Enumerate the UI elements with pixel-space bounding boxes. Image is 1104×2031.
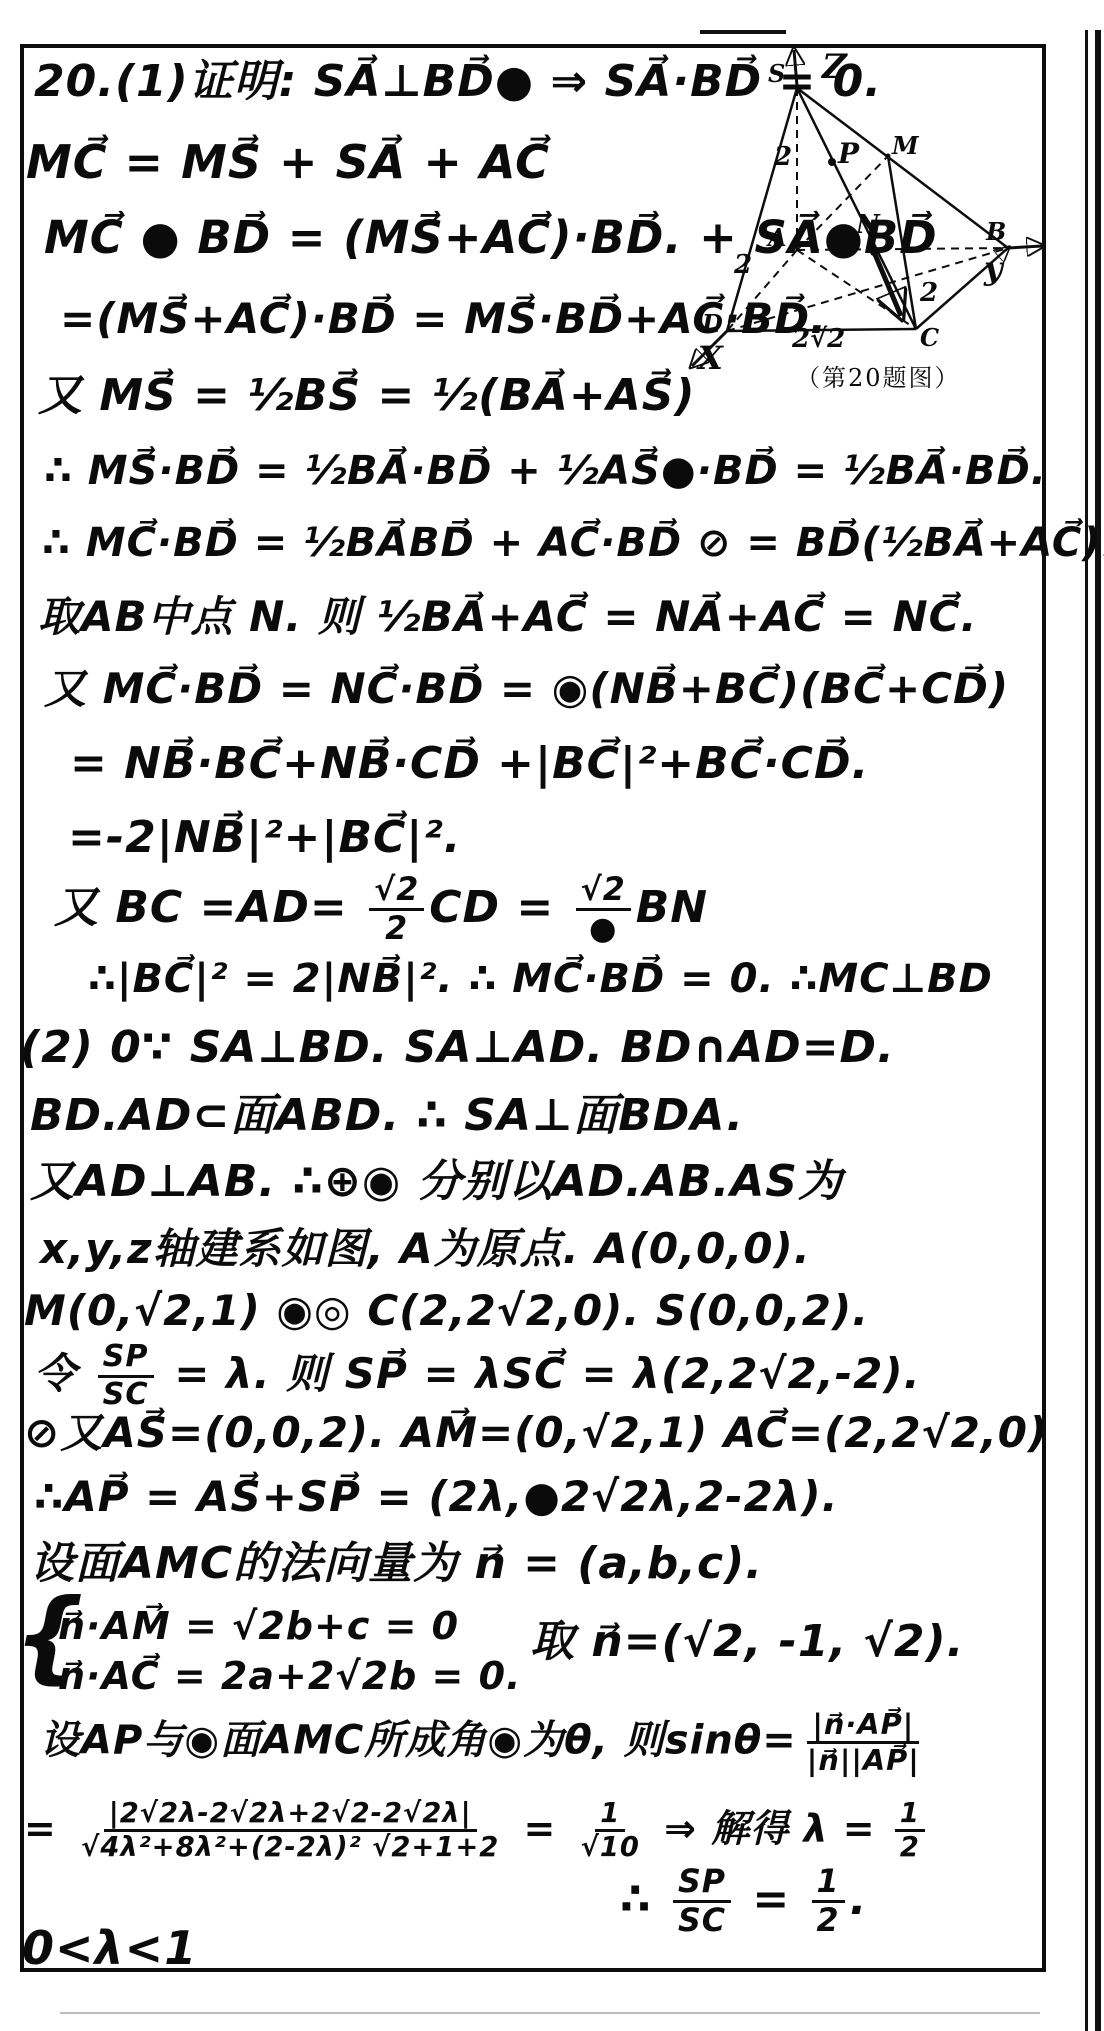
fraction: √2● bbox=[576, 872, 631, 948]
line-22: 设面AMC的法向量为 n⃗ = (a,b,c). bbox=[30, 1540, 763, 1588]
line-26: 设AP与◉面AMC所成角◉为θ, 则sinθ=|n⃗·AP⃗||n⃗||AP⃗| bbox=[40, 1708, 930, 1777]
math-text: n⃗·AM⃗ = √2b+c = 0 bbox=[58, 1604, 459, 1648]
line-21: ∴AP⃗ = AS⃗+SP⃗ = (2λ,●2√2λ,2-2λ). bbox=[34, 1474, 839, 1519]
line-23: n⃗·AM⃗ = √2b+c = 0 bbox=[58, 1606, 459, 1647]
fraction-numerator: 1 bbox=[595, 1798, 625, 1832]
line-14: (2) 0∵ SA⊥BD. SA⊥AD. BD∩AD=D. bbox=[20, 1024, 895, 1072]
math-text: ∴|BC⃗|² = 2|NB⃗|². ∴ MC⃗·BD⃗ = 0. ∴MC⊥BD bbox=[88, 956, 993, 1002]
math-text: = bbox=[24, 1806, 71, 1850]
line-8: 取AB中点 N. 则 ½BA⃗+AC⃗ = NA⃗+AC⃗ = NC⃗. bbox=[38, 594, 977, 639]
math-text: =-2|NB⃗|²+|BC⃗|². bbox=[68, 812, 461, 863]
fraction: SPSC bbox=[98, 1340, 154, 1413]
fraction-numerator: √2 bbox=[369, 872, 424, 911]
line-27: = |2√2λ-2√2λ+2√2-2√2λ|√4λ²+8λ²+(2-2λ)² √… bbox=[24, 1798, 930, 1864]
math-text: 又 MS⃗ = ½BS⃗ = ½(BA⃗+AS⃗) bbox=[38, 370, 696, 421]
line-4: =(MS⃗+AC⃗)·BD⃗ = MS⃗·BD⃗+AC⃗·BD⃗. bbox=[60, 296, 827, 341]
math-text: ∴AP⃗ = AS⃗+SP⃗ = (2λ,●2√2λ,2-2λ). bbox=[34, 1472, 839, 1521]
line-5: 又 MS⃗ = ½BS⃗ = ½(BA⃗+AS⃗) bbox=[38, 372, 696, 420]
math-text: 又 MC⃗·BD⃗ = NC⃗·BD⃗ = ◉(NB⃗+BC⃗)(BC⃗+CD⃗… bbox=[44, 664, 1009, 713]
fraction: |n⃗·AP⃗||n⃗||AP⃗| bbox=[802, 1708, 925, 1777]
math-text: 又AD⊥AB. ∴⊕◉ 分别以AD.AB.AS为 bbox=[30, 1156, 843, 1207]
math-text: = NB⃗·BC⃗+NB⃗·CD⃗ +|BC⃗|²+BC⃗·CD⃗. bbox=[70, 738, 869, 789]
fraction: 12 bbox=[895, 1798, 925, 1864]
math-text: . bbox=[850, 1874, 868, 1925]
math-text: = bbox=[509, 1806, 570, 1850]
line-13: ∴|BC⃗|² = 2|NB⃗|². ∴ MC⃗·BD⃗ = 0. ∴MC⊥BD bbox=[88, 958, 993, 1001]
line-25: 取 n⃗=(√2, -1, √2). bbox=[530, 1618, 964, 1666]
fraction-denominator: 2 bbox=[895, 1832, 925, 1863]
scanned-answer-page: SZ2PMNABy22DXC2√2 （第20题图） 20.(1)证明: SA⃗⊥… bbox=[0, 0, 1104, 2031]
math-text: 0<λ<1 bbox=[22, 1921, 197, 1975]
line-16: 又AD⊥AB. ∴⊕◉ 分别以AD.AB.AS为 bbox=[30, 1158, 843, 1206]
fraction-numerator: |n⃗·AP⃗| bbox=[807, 1708, 919, 1744]
math-text: =(MS⃗+AC⃗)·BD⃗ = MS⃗·BD⃗+AC⃗·BD⃗. bbox=[60, 294, 827, 343]
math-text: ∴ MC⃗·BD⃗ = ½BA⃗BD⃗ + AC⃗·BD⃗ ⊘ = BD⃗(½B… bbox=[42, 520, 1104, 566]
fraction-denominator: √10 bbox=[576, 1832, 645, 1863]
math-text: (2) 0∵ SA⊥BD. SA⊥AD. BD∩AD=D. bbox=[20, 1022, 895, 1073]
fraction: |2√2λ-2√2λ+2√2-2√2λ|√4λ²+8λ²+(2-2λ)² √2+… bbox=[76, 1798, 504, 1864]
math-text: x,y,z轴建系如图, A为原点. A(0,0,0). bbox=[40, 1224, 811, 1273]
line-11: =-2|NB⃗|²+|BC⃗|². bbox=[68, 814, 461, 862]
math-text: BD.AD⊂面ABD. ∴ SA⊥面BDA. bbox=[30, 1090, 744, 1141]
math-text: 令 bbox=[34, 1349, 93, 1398]
math-text: 又 BC =AD= bbox=[54, 882, 364, 933]
line-10: = NB⃗·BC⃗+NB⃗·CD⃗ +|BC⃗|²+BC⃗·CD⃗. bbox=[70, 740, 869, 788]
fraction-numerator: SP bbox=[98, 1340, 154, 1378]
math-text: n⃗·AC⃗ = 2a+2√2b = 0. bbox=[58, 1654, 521, 1698]
fraction: 1√10 bbox=[576, 1798, 645, 1864]
math-text: M(0,√2,1) ◉◎ C(2,2√2,0). S(0,0,2). bbox=[24, 1286, 869, 1335]
line-12: 又 BC =AD= √22CD = √2●BN bbox=[54, 872, 708, 948]
fraction-denominator: ● bbox=[584, 911, 623, 947]
line-28: 0<λ<1 bbox=[22, 1924, 197, 1974]
line-20: ⊘又AS⃗=(0,0,2). AM⃗=(0,√2,1) AC⃗=(2,2√2,0… bbox=[24, 1410, 1048, 1455]
line-1: 20.(1)证明: SA⃗⊥BD⃗● ⇒ SA⃗·BD⃗ = 0. bbox=[34, 58, 882, 106]
fraction-denominator: SC bbox=[673, 1903, 731, 1939]
math-text: 设面AMC的法向量为 n⃗ = (a,b,c). bbox=[30, 1538, 763, 1589]
math-text: MC⃗ = MS⃗ + SA⃗ + AC⃗ bbox=[26, 135, 550, 189]
math-text: = λ. 则 SP⃗ = λSC⃗ = λ(2,2√2,-2). bbox=[159, 1349, 921, 1398]
line-18: M(0,√2,1) ◉◎ C(2,2√2,0). S(0,0,2). bbox=[24, 1288, 869, 1333]
fraction-denominator: 2 bbox=[812, 1903, 845, 1939]
fraction-numerator: SP bbox=[673, 1864, 731, 1903]
line-24: n⃗·AC⃗ = 2a+2√2b = 0. bbox=[58, 1656, 521, 1697]
fraction-numerator: |2√2λ-2√2λ+2√2-2√2λ| bbox=[104, 1798, 477, 1832]
fraction-denominator: √4λ²+8λ²+(2-2λ)² √2+1+2 bbox=[76, 1832, 504, 1863]
fraction-numerator: 1 bbox=[812, 1864, 845, 1903]
math-text: BN bbox=[636, 882, 708, 933]
math-text: MC⃗ ● BD⃗ = (MS⃗+AC⃗)·BD⃗. + SA⃗●BD⃗ bbox=[44, 211, 938, 264]
math-text: ∴ MS⃗·BD⃗ = ½BA⃗·BD⃗ + ½AS⃗●·BD⃗ = ½BA⃗·… bbox=[44, 448, 1047, 494]
math-text: 取 n⃗=(√2, -1, √2). bbox=[530, 1616, 964, 1667]
math-text: 取AB中点 N. 则 ½BA⃗+AC⃗ = NA⃗+AC⃗ = NC⃗. bbox=[38, 592, 977, 641]
line-29: ∴ SPSC = 12. bbox=[620, 1864, 867, 1940]
line-7: ∴ MC⃗·BD⃗ = ½BA⃗BD⃗ + AC⃗·BD⃗ ⊘ = BD⃗(½B… bbox=[42, 522, 1104, 565]
fraction-numerator: 1 bbox=[895, 1798, 925, 1832]
fraction: SPSC bbox=[673, 1864, 731, 1940]
math-text: = bbox=[736, 1874, 807, 1925]
math-text: 设AP与◉面AMC所成角◉为θ, 则sinθ= bbox=[40, 1718, 797, 1764]
math-text: ⇒ 解得 λ = bbox=[650, 1806, 890, 1850]
fraction-denominator: |n⃗||AP⃗| bbox=[802, 1744, 925, 1777]
line-6: ∴ MS⃗·BD⃗ = ½BA⃗·BD⃗ + ½AS⃗●·BD⃗ = ½BA⃗·… bbox=[44, 450, 1047, 493]
fraction-denominator: 2 bbox=[380, 911, 413, 947]
handwritten-solution: 20.(1)证明: SA⃗⊥BD⃗● ⇒ SA⃗·BD⃗ = 0.MC⃗ = M… bbox=[0, 0, 1104, 2031]
line-3: MC⃗ ● BD⃗ = (MS⃗+AC⃗)·BD⃗. + SA⃗●BD⃗ bbox=[44, 214, 938, 263]
fraction: 12 bbox=[812, 1864, 845, 1940]
line-17: x,y,z轴建系如图, A为原点. A(0,0,0). bbox=[40, 1226, 811, 1271]
line-9: 又 MC⃗·BD⃗ = NC⃗·BD⃗ = ◉(NB⃗+BC⃗)(BC⃗+CD⃗… bbox=[44, 666, 1009, 711]
math-text: ∴ bbox=[620, 1874, 668, 1925]
line-19: 令 SPSC = λ. 则 SP⃗ = λSC⃗ = λ(2,2√2,-2). bbox=[34, 1340, 921, 1413]
math-text: 20.(1)证明: SA⃗⊥BD⃗● ⇒ SA⃗·BD⃗ = 0. bbox=[34, 56, 882, 107]
fraction: √22 bbox=[369, 872, 424, 948]
line-15: BD.AD⊂面ABD. ∴ SA⊥面BDA. bbox=[30, 1092, 744, 1140]
math-text: CD = bbox=[429, 882, 570, 933]
fraction-numerator: √2 bbox=[576, 872, 631, 911]
line-2: MC⃗ = MS⃗ + SA⃗ + AC⃗ bbox=[26, 138, 550, 188]
math-text: ⊘又AS⃗=(0,0,2). AM⃗=(0,√2,1) AC⃗=(2,2√2,0… bbox=[24, 1408, 1048, 1457]
